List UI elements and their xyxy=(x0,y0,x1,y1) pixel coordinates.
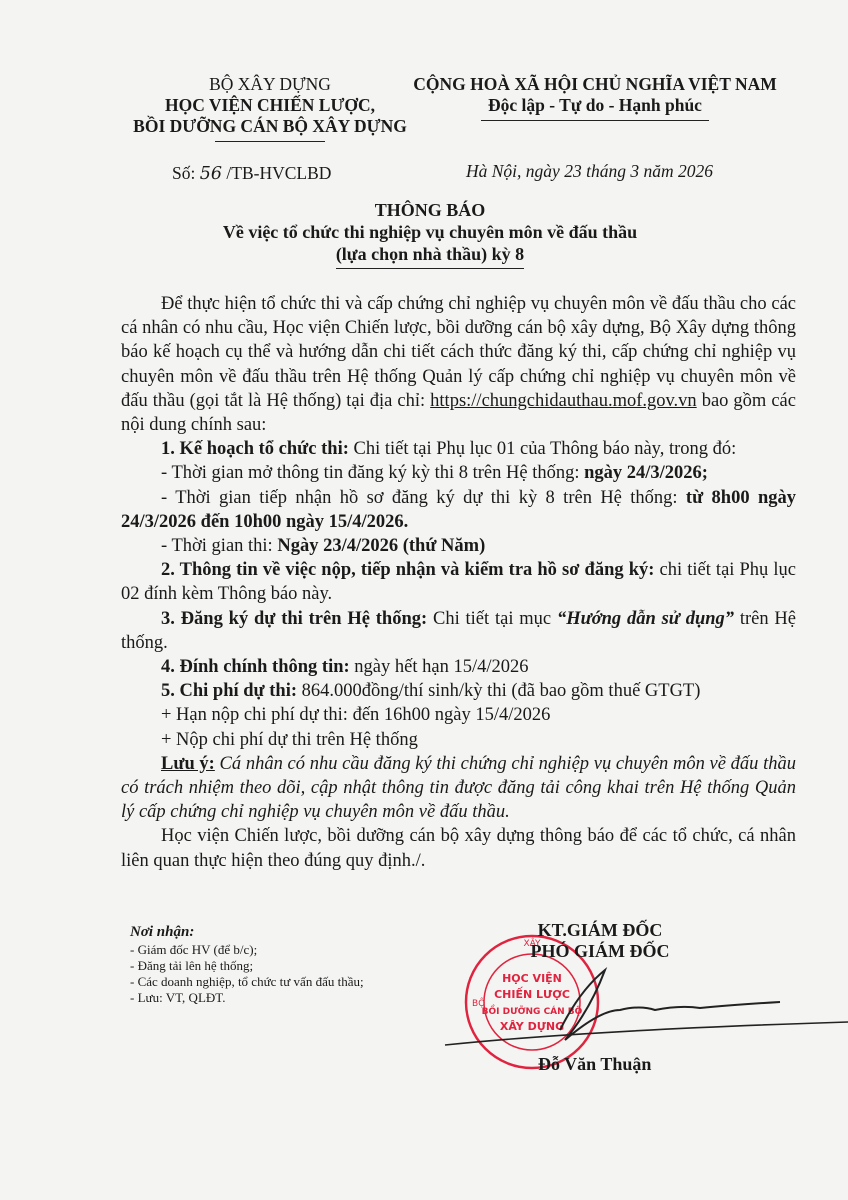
closing-paragraph: Học viện Chiến lược, bồi dưỡng cán bộ xâ… xyxy=(121,824,796,872)
institute-name-line2: BỒI DƯỠNG CÁN BỘ XÂY DỰNG xyxy=(120,116,420,137)
signature-line1: KT.GIÁM ĐỐC xyxy=(500,920,700,941)
title-sub2: (lựa chọn nhà thầu) kỳ 8 xyxy=(336,243,524,269)
recipient-item: - Đăng tải lên hệ thống; xyxy=(130,958,364,974)
signer-name: Đỗ Văn Thuận xyxy=(538,1054,651,1075)
item-1b: - Thời gian tiếp nhận hồ sơ đăng ký dự t… xyxy=(121,486,796,534)
recipient-item: - Giám đốc HV (để b/c); xyxy=(130,942,364,958)
item-1c: - Thời gian thi: Ngày 23/4/2026 (thứ Năm… xyxy=(121,534,796,558)
issuer-header: BỘ XÂY DỰNG HỌC VIỆN CHIẾN LƯỢC, BỒI DƯỠ… xyxy=(120,74,420,142)
recipient-item: - Lưu: VT, QLĐT. xyxy=(130,990,364,1006)
national-header: CỘNG HOÀ XÃ HỘI CHỦ NGHĨA VIỆT NAM Độc l… xyxy=(400,74,790,121)
handwritten-signature xyxy=(440,950,848,1060)
intro-paragraph: Để thực hiện tổ chức thi và cấp chứng ch… xyxy=(121,292,796,437)
title-sub1: Về việc tổ chức thi nghiệp vụ chuyên môn… xyxy=(140,221,720,243)
item-5b: + Nộp chi phí dự thi trên Hệ thống xyxy=(121,728,796,752)
item-5: 5. Chi phí dự thi: 864.000đồng/thí sinh/… xyxy=(121,679,796,703)
system-link[interactable]: https://chungchidauthau.mof.gov.vn xyxy=(430,391,697,411)
title-main: THÔNG BÁO xyxy=(140,199,720,221)
handwritten-day: 23 xyxy=(564,161,582,181)
document-date: Hà Nội, ngày 23 tháng 3 năm 2026 xyxy=(466,161,713,182)
country-name: CỘNG HOÀ XÃ HỘI CHỦ NGHĨA VIỆT NAM xyxy=(400,74,790,95)
ministry-name: BỘ XÂY DỰNG xyxy=(120,74,420,95)
recipients-block: Nơi nhận: - Giám đốc HV (để b/c); - Đăng… xyxy=(130,924,364,1006)
note-paragraph: Lưu ý: Cá nhân có nhu cầu đăng ký thi ch… xyxy=(121,752,796,825)
item-4: 4. Đính chính thông tin: ngày hết hạn 15… xyxy=(121,655,796,679)
recipient-item: - Các doanh nghiệp, tổ chức tư vấn đấu t… xyxy=(130,974,364,990)
item-1a: - Thời gian mở thông tin đăng ký kỳ thi … xyxy=(121,461,796,485)
item-1: 1. Kế hoạch tổ chức thi: Chi tiết tại Ph… xyxy=(121,437,796,461)
document-body: Để thực hiện tổ chức thi và cấp chứng ch… xyxy=(121,292,796,873)
item-3: 3. Đăng ký dự thi trên Hệ thống: Chi tiế… xyxy=(121,607,796,655)
institute-name-line1: HỌC VIỆN CHIẾN LƯỢC, xyxy=(120,95,420,116)
national-motto: Độc lập - Tự do - Hạnh phúc xyxy=(400,95,790,116)
header-rule xyxy=(215,141,325,142)
motto-rule xyxy=(481,120,709,121)
item-5a: + Hạn nộp chi phí dự thi: đến 16h00 ngày… xyxy=(121,703,796,727)
recipients-heading: Nơi nhận: xyxy=(130,924,364,940)
item-2: 2. Thông tin về việc nộp, tiếp nhận và k… xyxy=(121,558,796,606)
document-number: Số: 56 /TB-HVCLBD xyxy=(172,163,331,184)
handwritten-number: 56 xyxy=(200,164,222,184)
document-title: THÔNG BÁO Về việc tổ chức thi nghiệp vụ … xyxy=(140,199,720,269)
